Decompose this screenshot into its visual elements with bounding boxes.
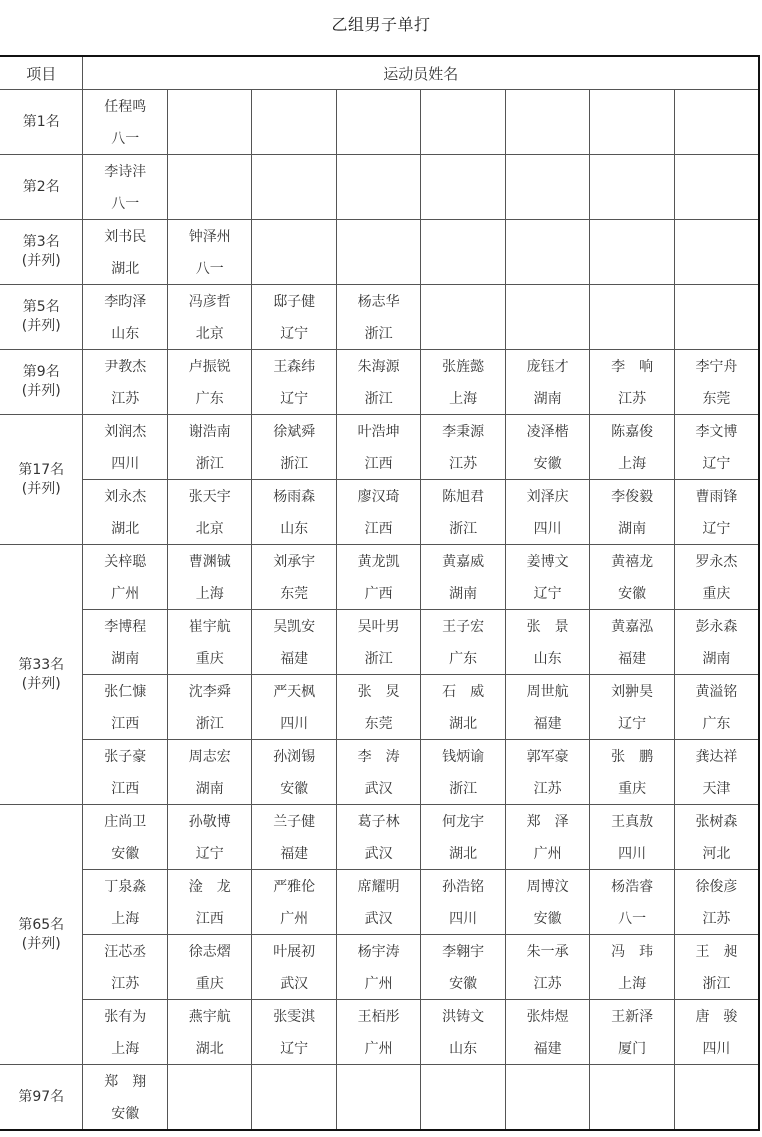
athlete-cell: 谢浩南浙江 xyxy=(167,415,251,480)
rank-cell: 第1名 xyxy=(0,90,83,155)
rank-cell: 第17名(并列) xyxy=(0,415,83,545)
athlete-team: 湖南 xyxy=(506,382,589,414)
athlete-name: 李博程 xyxy=(83,610,166,642)
athlete-cell: 兰子健福建 xyxy=(252,805,336,870)
athlete-cell xyxy=(167,155,251,220)
athlete-team: 福建 xyxy=(252,837,335,869)
athlete-team: 八一 xyxy=(168,252,251,284)
athlete-cell: 庄尚卫安徽 xyxy=(83,805,167,870)
tied-label: (并列) xyxy=(0,252,82,271)
athlete-name: 黄溢铭 xyxy=(675,675,758,707)
athlete-cell: 郑 泽广州 xyxy=(505,805,589,870)
athlete-cell: 曹渊铖上海 xyxy=(167,545,251,610)
athlete-cell: 张 鹏重庆 xyxy=(590,740,674,805)
athlete-team: 湖南 xyxy=(83,642,166,674)
athlete-name: 杨浩睿 xyxy=(590,870,673,902)
athlete-name: 刘永杰 xyxy=(83,480,166,512)
athlete-cell xyxy=(590,90,674,155)
athlete-team: 上海 xyxy=(590,967,673,999)
athlete-cell: 王子宏广东 xyxy=(421,610,505,675)
athlete-team: 湖南 xyxy=(590,512,673,544)
athlete-cell: 刘承宇东莞 xyxy=(252,545,336,610)
athlete-cell xyxy=(421,90,505,155)
athlete-cell: 张 景山东 xyxy=(505,610,589,675)
rank-label: 第9名 xyxy=(0,363,82,382)
athlete-name: 洪铸文 xyxy=(421,1000,504,1032)
athlete-team: 湖南 xyxy=(421,577,504,609)
rank-label: 第1名 xyxy=(0,113,82,132)
athlete-team: 重庆 xyxy=(675,577,758,609)
athlete-cell: 郑 翔安徽 xyxy=(83,1065,167,1131)
athlete-name: 卢振锐 xyxy=(168,350,251,382)
athlete-team: 安徽 xyxy=(421,967,504,999)
athlete-team: 武汉 xyxy=(337,902,420,934)
table-row: 张仁慷江西沈李舜浙江严天枫四川张 炅东莞石 威湖北周世航福建刘翀昊辽宁黄溢铭广东 xyxy=(0,675,759,740)
athlete-name: 燕宇航 xyxy=(168,1000,251,1032)
athlete-name: 李秉源 xyxy=(421,415,504,447)
table-row: 第5名(并列)李昀泽山东冯彦哲北京邸子健辽宁杨志华浙江 xyxy=(0,285,759,350)
athlete-team: 安徽 xyxy=(83,1097,166,1129)
athlete-team: 辽宁 xyxy=(252,1032,335,1064)
athlete-team: 浙江 xyxy=(421,772,504,804)
athlete-team: 江苏 xyxy=(83,967,166,999)
athlete-team: 辽宁 xyxy=(252,317,335,349)
athlete-cell: 石 威湖北 xyxy=(421,675,505,740)
athlete-team: 山东 xyxy=(506,642,589,674)
athlete-team: 八一 xyxy=(83,187,166,219)
athlete-cell: 李秉源江苏 xyxy=(421,415,505,480)
athlete-team: 江苏 xyxy=(506,967,589,999)
athlete-cell: 李 响江苏 xyxy=(590,350,674,415)
athlete-cell xyxy=(421,1065,505,1131)
athlete-team: 浙江 xyxy=(675,967,758,999)
header-athletes: 运动员姓名 xyxy=(83,56,759,90)
athlete-cell xyxy=(252,90,336,155)
athlete-cell: 严天枫四川 xyxy=(252,675,336,740)
table-row: 第1名任程鸣八一 xyxy=(0,90,759,155)
athlete-cell: 张雯淇辽宁 xyxy=(252,1000,336,1065)
athlete-name: 邸子健 xyxy=(252,285,335,317)
athlete-cell xyxy=(505,1065,589,1131)
athlete-name: 张炜煜 xyxy=(506,1000,589,1032)
athlete-name: 陈旭君 xyxy=(421,480,504,512)
athlete-name: 葛子林 xyxy=(337,805,420,837)
table-row: 汪芯丞江苏徐志熠重庆叶展初武汉杨宇涛广州李翱宇安徽朱一承江苏冯 玮上海王 昶浙江 xyxy=(0,935,759,1000)
rank-label: 第2名 xyxy=(0,178,82,197)
athlete-name: 李 涛 xyxy=(337,740,420,772)
athlete-team: 广东 xyxy=(675,707,758,739)
athlete-name: 黄嘉泓 xyxy=(590,610,673,642)
athlete-cell: 李昀泽山东 xyxy=(83,285,167,350)
athlete-cell: 徐志熠重庆 xyxy=(167,935,251,1000)
table-row: 第2名李诗沣八一 xyxy=(0,155,759,220)
athlete-name: 李昀泽 xyxy=(83,285,166,317)
athlete-team: 江苏 xyxy=(590,382,673,414)
athlete-cell: 尹教杰江苏 xyxy=(83,350,167,415)
athlete-cell: 廖汉琦江西 xyxy=(336,480,420,545)
athlete-name: 冯彦哲 xyxy=(168,285,251,317)
athlete-cell: 张有为上海 xyxy=(83,1000,167,1065)
athlete-cell: 张子豪江西 xyxy=(83,740,167,805)
athlete-cell: 冯 玮上海 xyxy=(590,935,674,1000)
athlete-cell: 周志宏湖南 xyxy=(167,740,251,805)
athlete-name: 廖汉琦 xyxy=(337,480,420,512)
athlete-cell: 黄嘉泓福建 xyxy=(590,610,674,675)
athlete-team: 天津 xyxy=(675,772,758,804)
athlete-cell xyxy=(674,220,759,285)
athlete-name: 钱炳谕 xyxy=(421,740,504,772)
athlete-cell: 葛子林武汉 xyxy=(336,805,420,870)
athlete-name: 叶展初 xyxy=(252,935,335,967)
athlete-cell: 黄溢铭广东 xyxy=(674,675,759,740)
athlete-team: 江苏 xyxy=(675,902,758,934)
athlete-cell: 张树森河北 xyxy=(674,805,759,870)
athlete-team: 湖北 xyxy=(421,837,504,869)
athlete-cell: 李 涛武汉 xyxy=(336,740,420,805)
athlete-team: 浙江 xyxy=(168,447,251,479)
athlete-team: 江西 xyxy=(337,512,420,544)
athlete-name: 李文博 xyxy=(675,415,758,447)
athlete-cell: 彭永森湖南 xyxy=(674,610,759,675)
athlete-name: 吴凯安 xyxy=(252,610,335,642)
athlete-name: 黄禧龙 xyxy=(590,545,673,577)
athlete-name: 冯 玮 xyxy=(590,935,673,967)
athlete-cell: 杨宇涛广州 xyxy=(336,935,420,1000)
table-row: 刘永杰湖北张天宇北京杨雨森山东廖汉琦江西陈旭君浙江刘泽庆四川李俊毅湖南曹雨锋辽宁 xyxy=(0,480,759,545)
header-item: 项目 xyxy=(0,56,83,90)
athlete-name: 张 鹏 xyxy=(590,740,673,772)
athlete-cell: 徐俊彦江苏 xyxy=(674,870,759,935)
athlete-name: 朱海源 xyxy=(337,350,420,382)
athlete-cell: 刘永杰湖北 xyxy=(83,480,167,545)
athlete-cell: 李博程湖南 xyxy=(83,610,167,675)
athlete-cell xyxy=(336,220,420,285)
athlete-cell: 徐斌舜浙江 xyxy=(252,415,336,480)
athlete-name: 张有为 xyxy=(83,1000,166,1032)
athlete-team: 安徽 xyxy=(506,902,589,934)
athlete-cell xyxy=(421,155,505,220)
athlete-team: 江西 xyxy=(337,447,420,479)
athlete-cell: 燕宇航湖北 xyxy=(167,1000,251,1065)
athlete-name: 席耀明 xyxy=(337,870,420,902)
athlete-cell: 周博汶安徽 xyxy=(505,870,589,935)
athlete-team: 四川 xyxy=(252,707,335,739)
header-row: 项目 运动员姓名 xyxy=(0,56,759,90)
athlete-cell xyxy=(336,1065,420,1131)
athlete-team: 东莞 xyxy=(337,707,420,739)
tied-label: (并列) xyxy=(0,935,82,954)
rank-label: 第5名 xyxy=(0,298,82,317)
athlete-cell: 王真敖四川 xyxy=(590,805,674,870)
athlete-cell: 陈嘉俊上海 xyxy=(590,415,674,480)
rank-label: 第97名 xyxy=(0,1088,82,1107)
athlete-name: 王子宏 xyxy=(421,610,504,642)
athlete-name: 张 炅 xyxy=(337,675,420,707)
athlete-name: 刘泽庆 xyxy=(506,480,589,512)
athlete-name: 庄尚卫 xyxy=(83,805,166,837)
athlete-cell: 张天宇北京 xyxy=(167,480,251,545)
athlete-cell: 张旌懿上海 xyxy=(421,350,505,415)
athlete-name: 叶浩坤 xyxy=(337,415,420,447)
athlete-cell xyxy=(590,1065,674,1131)
athlete-name: 钟泽州 xyxy=(168,220,251,252)
athlete-cell: 严雅伦广州 xyxy=(252,870,336,935)
athlete-team: 广东 xyxy=(168,382,251,414)
athlete-cell: 杨浩睿八一 xyxy=(590,870,674,935)
athlete-name: 孙敬博 xyxy=(168,805,251,837)
athlete-name: 黄嘉威 xyxy=(421,545,504,577)
rank-cell: 第9名(并列) xyxy=(0,350,83,415)
athlete-cell: 孙敬博辽宁 xyxy=(167,805,251,870)
page-title: 乙组男子单打 xyxy=(0,12,762,35)
athlete-team: 上海 xyxy=(590,447,673,479)
athlete-cell: 李文博辽宁 xyxy=(674,415,759,480)
athlete-cell xyxy=(336,155,420,220)
athlete-cell xyxy=(252,155,336,220)
athlete-cell: 席耀明武汉 xyxy=(336,870,420,935)
athlete-cell: 孙浏锡安徽 xyxy=(252,740,336,805)
athlete-cell: 孙浩铭四川 xyxy=(421,870,505,935)
athlete-team: 湖北 xyxy=(421,707,504,739)
athlete-cell: 姜博文辽宁 xyxy=(505,545,589,610)
results-table: 项目 运动员姓名 第1名任程鸣八一第2名李诗沣八一第3名(并列)刘书民湖北钟泽州… xyxy=(0,55,760,1131)
athlete-name: 任程鸣 xyxy=(83,90,166,122)
athlete-name: 杨宇涛 xyxy=(337,935,420,967)
athlete-team: 武汉 xyxy=(337,837,420,869)
athlete-name: 张子豪 xyxy=(83,740,166,772)
athlete-name: 唐 骏 xyxy=(675,1000,758,1032)
athlete-team: 厦门 xyxy=(590,1032,673,1064)
athlete-cell xyxy=(167,90,251,155)
athlete-team: 安徽 xyxy=(590,577,673,609)
athlete-team: 江西 xyxy=(168,902,251,934)
athlete-team: 重庆 xyxy=(168,967,251,999)
athlete-team: 福建 xyxy=(252,642,335,674)
athlete-team: 福建 xyxy=(506,707,589,739)
athlete-team: 湖北 xyxy=(83,512,166,544)
athlete-cell: 曹雨锋辽宁 xyxy=(674,480,759,545)
athlete-name: 郭军豪 xyxy=(506,740,589,772)
table-row: 丁泉淼上海淦 龙江西严雅伦广州席耀明武汉孙浩铭四川周博汶安徽杨浩睿八一徐俊彦江苏 xyxy=(0,870,759,935)
athlete-team: 四川 xyxy=(675,1032,758,1064)
athlete-name: 徐斌舜 xyxy=(252,415,335,447)
athlete-name: 周志宏 xyxy=(168,740,251,772)
athlete-cell: 钟泽州八一 xyxy=(167,220,251,285)
athlete-team: 重庆 xyxy=(168,642,251,674)
athlete-team: 山东 xyxy=(83,317,166,349)
athlete-cell xyxy=(421,220,505,285)
athlete-cell: 王 昶浙江 xyxy=(674,935,759,1000)
athlete-team: 辽宁 xyxy=(168,837,251,869)
athlete-cell: 李俊毅湖南 xyxy=(590,480,674,545)
tied-label: (并列) xyxy=(0,675,82,694)
athlete-name: 张雯淇 xyxy=(252,1000,335,1032)
athlete-name: 张旌懿 xyxy=(421,350,504,382)
athlete-cell: 龚达祥天津 xyxy=(674,740,759,805)
athlete-name: 李翱宇 xyxy=(421,935,504,967)
rank-cell: 第33名(并列) xyxy=(0,545,83,805)
athlete-cell: 吴凯安福建 xyxy=(252,610,336,675)
athlete-team: 湖北 xyxy=(168,1032,251,1064)
athlete-team: 四川 xyxy=(506,512,589,544)
athlete-name: 孙浏锡 xyxy=(252,740,335,772)
athlete-cell: 黄龙凯广西 xyxy=(336,545,420,610)
athlete-name: 谢浩南 xyxy=(168,415,251,447)
rank-cell: 第65名(并列) xyxy=(0,805,83,1065)
athlete-team: 广西 xyxy=(337,577,420,609)
athlete-cell: 吴叶男浙江 xyxy=(336,610,420,675)
athlete-team: 广东 xyxy=(421,642,504,674)
athlete-team: 浙江 xyxy=(421,512,504,544)
table-row: 第97名郑 翔安徽 xyxy=(0,1065,759,1131)
athlete-cell xyxy=(252,1065,336,1131)
athlete-team: 福建 xyxy=(506,1032,589,1064)
athlete-cell: 郭军豪江苏 xyxy=(505,740,589,805)
athlete-team: 重庆 xyxy=(590,772,673,804)
athlete-name: 淦 龙 xyxy=(168,870,251,902)
athlete-cell xyxy=(505,155,589,220)
athlete-name: 郑 翔 xyxy=(83,1065,166,1097)
athlete-name: 周博汶 xyxy=(506,870,589,902)
athlete-cell xyxy=(590,155,674,220)
athlete-name: 严雅伦 xyxy=(252,870,335,902)
athlete-name: 彭永森 xyxy=(675,610,758,642)
table-row: 第33名(并列)关梓聪广州曹渊铖上海刘承宇东莞黄龙凯广西黄嘉威湖南姜博文辽宁黄禧… xyxy=(0,545,759,610)
tied-label: (并列) xyxy=(0,317,82,336)
athlete-cell: 罗永杰重庆 xyxy=(674,545,759,610)
athlete-cell: 任程鸣八一 xyxy=(83,90,167,155)
athlete-cell: 何龙宇湖北 xyxy=(421,805,505,870)
athlete-cell: 朱一承江苏 xyxy=(505,935,589,1000)
athlete-team: 辽宁 xyxy=(506,577,589,609)
athlete-team: 武汉 xyxy=(337,772,420,804)
athlete-cell: 黄禧龙安徽 xyxy=(590,545,674,610)
athlete-cell xyxy=(167,1065,251,1131)
athlete-cell: 陈旭君浙江 xyxy=(421,480,505,545)
athlete-name: 周世航 xyxy=(506,675,589,707)
athlete-team: 山东 xyxy=(421,1032,504,1064)
athlete-name: 王真敖 xyxy=(590,805,673,837)
athlete-name: 李宁舟 xyxy=(675,350,758,382)
table-row: 李博程湖南崔宇航重庆吴凯安福建吴叶男浙江王子宏广东张 景山东黄嘉泓福建彭永森湖南 xyxy=(0,610,759,675)
athlete-cell: 唐 骏四川 xyxy=(674,1000,759,1065)
athlete-name: 龚达祥 xyxy=(675,740,758,772)
athlete-team: 江苏 xyxy=(83,382,166,414)
table-row: 第17名(并列)刘润杰四川谢浩南浙江徐斌舜浙江叶浩坤江西李秉源江苏凌泽楷安徽陈嘉… xyxy=(0,415,759,480)
athlete-team: 安徽 xyxy=(252,772,335,804)
athlete-team: 福建 xyxy=(590,642,673,674)
athlete-team: 浙江 xyxy=(337,642,420,674)
athlete-team: 上海 xyxy=(168,577,251,609)
athlete-team: 江西 xyxy=(83,707,166,739)
athlete-cell: 李翱宇安徽 xyxy=(421,935,505,1000)
athlete-cell xyxy=(421,285,505,350)
athlete-cell: 杨志华浙江 xyxy=(336,285,420,350)
athlete-cell xyxy=(674,90,759,155)
athlete-team: 江西 xyxy=(83,772,166,804)
athlete-team: 山东 xyxy=(252,512,335,544)
rank-label: 第65名 xyxy=(0,916,82,935)
athlete-name: 沈李舜 xyxy=(168,675,251,707)
athlete-name: 姜博文 xyxy=(506,545,589,577)
athlete-cell xyxy=(590,285,674,350)
tied-label: (并列) xyxy=(0,382,82,401)
athlete-team: 江苏 xyxy=(506,772,589,804)
athlete-cell: 王栢彤广州 xyxy=(336,1000,420,1065)
rank-label: 第17名 xyxy=(0,461,82,480)
athlete-cell: 丁泉淼上海 xyxy=(83,870,167,935)
athlete-cell: 卢振锐广东 xyxy=(167,350,251,415)
athlete-name: 汪芯丞 xyxy=(83,935,166,967)
rank-cell: 第97名 xyxy=(0,1065,83,1131)
table-row: 第3名(并列)刘书民湖北钟泽州八一 xyxy=(0,220,759,285)
athlete-cell: 汪芯丞江苏 xyxy=(83,935,167,1000)
athlete-name: 王新泽 xyxy=(590,1000,673,1032)
athlete-team: 辽宁 xyxy=(675,447,758,479)
athlete-cell: 叶展初武汉 xyxy=(252,935,336,1000)
athlete-cell: 冯彦哲北京 xyxy=(167,285,251,350)
athlete-cell: 崔宇航重庆 xyxy=(167,610,251,675)
athlete-cell: 李诗沣八一 xyxy=(83,155,167,220)
athlete-cell xyxy=(674,155,759,220)
athlete-name: 关梓聪 xyxy=(83,545,166,577)
rank-cell: 第5名(并列) xyxy=(0,285,83,350)
athlete-name: 徐俊彦 xyxy=(675,870,758,902)
athlete-name: 兰子健 xyxy=(252,805,335,837)
athlete-team: 辽宁 xyxy=(675,512,758,544)
athlete-team: 安徽 xyxy=(506,447,589,479)
athlete-name: 何龙宇 xyxy=(421,805,504,837)
athlete-team: 浙江 xyxy=(168,707,251,739)
athlete-cell: 庞钰才湖南 xyxy=(505,350,589,415)
athlete-name: 郑 泽 xyxy=(506,805,589,837)
athlete-name: 严天枫 xyxy=(252,675,335,707)
athlete-team: 北京 xyxy=(168,317,251,349)
athlete-team: 武汉 xyxy=(252,967,335,999)
table-row: 第9名(并列)尹教杰江苏卢振锐广东王森纬辽宁朱海源浙江张旌懿上海庞钰才湖南李 响… xyxy=(0,350,759,415)
rank-cell: 第2名 xyxy=(0,155,83,220)
athlete-team: 浙江 xyxy=(337,382,420,414)
athlete-team: 上海 xyxy=(421,382,504,414)
athlete-name: 刘承宇 xyxy=(252,545,335,577)
athlete-team: 八一 xyxy=(590,902,673,934)
athlete-name: 刘润杰 xyxy=(83,415,166,447)
athlete-team: 四川 xyxy=(421,902,504,934)
athlete-name: 陈嘉俊 xyxy=(590,415,673,447)
athlete-cell: 沈李舜浙江 xyxy=(167,675,251,740)
athlete-name: 曹渊铖 xyxy=(168,545,251,577)
athlete-cell: 李宁舟东莞 xyxy=(674,350,759,415)
athlete-name: 王栢彤 xyxy=(337,1000,420,1032)
athlete-name: 李 响 xyxy=(590,350,673,382)
athlete-team: 广州 xyxy=(337,1032,420,1064)
tied-label: (并列) xyxy=(0,480,82,499)
athlete-cell: 黄嘉威湖南 xyxy=(421,545,505,610)
athlete-team: 北京 xyxy=(168,512,251,544)
athlete-name: 曹雨锋 xyxy=(675,480,758,512)
athlete-cell: 王新泽厦门 xyxy=(590,1000,674,1065)
athlete-cell: 张仁慷江西 xyxy=(83,675,167,740)
athlete-name: 石 威 xyxy=(421,675,504,707)
athlete-team: 广州 xyxy=(506,837,589,869)
athlete-name: 刘翀昊 xyxy=(590,675,673,707)
athlete-name: 张 景 xyxy=(506,610,589,642)
athlete-team: 广州 xyxy=(337,967,420,999)
athlete-cell: 杨雨森山东 xyxy=(252,480,336,545)
athlete-cell: 凌泽楷安徽 xyxy=(505,415,589,480)
athlete-name: 朱一承 xyxy=(506,935,589,967)
athlete-name: 黄龙凯 xyxy=(337,545,420,577)
